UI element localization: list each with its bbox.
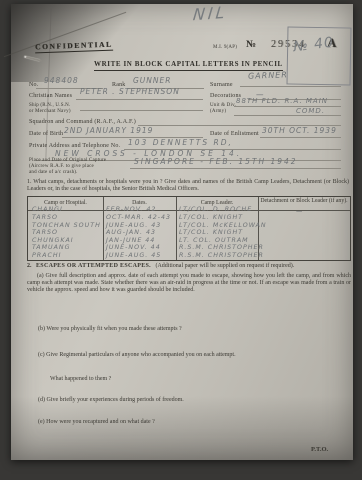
section2-heading-rest: (Additional paper will be supplied on re… <box>155 263 294 269</box>
cell-dates: FEB-NOV. 42 <box>106 206 156 213</box>
camps-table: Camp or Hospital. Dates. Camp Leader. De… <box>27 196 351 261</box>
cell-leader: R.S.M. CHRISTOPHER <box>179 244 264 251</box>
pto-note: P.T.O. <box>311 446 351 453</box>
field-unit-label-line1: Unit & Div. <box>210 103 236 108</box>
section2-item-d: (d) Give briefly your experiences during… <box>38 397 348 404</box>
field-christian-label: Christian Names <box>29 93 72 99</box>
cell-dates: JAN-JUNE 44 <box>106 237 155 244</box>
field-capture-line <box>130 168 341 169</box>
cell-dates: OCT-MAR. 42-43 <box>106 214 171 221</box>
cell-leader: R.S.M. CHRISTOPHER <box>179 252 264 259</box>
field-capture-label-line2: (Aircrew R.A.F. to give place <box>29 164 94 169</box>
cell-dates: JUNE-AUG. 43 <box>106 222 161 229</box>
table-header-detachment: Detachment or Block Leader (if any). <box>260 199 348 205</box>
field-rank-value: GUNNER <box>133 76 171 85</box>
field-unit-value-line1: 88TH FLD. R.A. MAIN <box>236 97 328 105</box>
section2-item-e: (e) How were you recaptured and on what … <box>38 419 348 426</box>
pow-liberation-questionnaire-photo: NIL CONFIDENTIAL M.I. 9(AP) № 29534 A № … <box>0 0 362 480</box>
cell-camp: CHUNGKAI <box>32 237 74 244</box>
nil-note: NIL <box>192 3 229 25</box>
field-capture-label-line3: and date of a/c crash). <box>29 170 78 175</box>
field-surname-label: Surname <box>210 82 233 88</box>
field-christian-value: PETER . STEPHENSON <box>80 87 180 96</box>
field-squadron-label: Squadron and Command (R.A.F., A.A.F.) <box>29 119 136 125</box>
cell-dates: AUG-JAN. 43 <box>106 229 156 236</box>
section2-item-b: (b) Were you physically fit when you mad… <box>38 326 348 333</box>
section2-item-c2: What happened to them ? <box>50 376 350 383</box>
field-capture-value: SINGAPORE - FEB. 15TH 1942 <box>134 157 298 166</box>
field-unit-line2 <box>234 115 341 116</box>
cell-leader: LT/COL. KNIGHT <box>179 229 243 236</box>
no-symbol: № <box>246 39 256 50</box>
penciled-number: № 40 <box>292 34 334 55</box>
section1-question: 1. What camps, detachments or hospitals … <box>27 179 349 193</box>
cell-leader: LT/COL. D. ROCHE <box>179 206 252 213</box>
field-dob-value: 2ND JANUARY 1919 <box>64 126 153 135</box>
section2-heading: 2. ESCAPES OR ATTEMPTED ESCAPES. (Additi… <box>27 263 351 270</box>
cell-dates: JUNE-AUG. 45 <box>106 252 161 259</box>
field-unit-label-line2: (Army) <box>210 109 226 114</box>
cell-camp: CHANGI <box>32 206 63 213</box>
form-reference: M.I. 9(AP) <box>213 45 237 50</box>
cell-camp: TONCHAN SOUTH <box>32 222 101 229</box>
section2-number: 2. <box>27 263 32 269</box>
cell-leader: LT/COL. McKELLOWAN <box>179 222 267 229</box>
field-ship-label-line2: or Merchant Navy) <box>29 109 71 114</box>
cell-camp: TARSO <box>32 214 58 221</box>
field-enlistment-value: 30TH OCT. 1939 <box>262 126 337 135</box>
cell-detachment: — <box>296 208 303 215</box>
field-surname-value: GARNER <box>248 70 288 80</box>
form-title: WRITE IN BLOCK CAPITAL LETTERS IN PENCIL <box>94 60 283 71</box>
cell-camp: TARSO <box>32 229 58 236</box>
section2-heading-bold: ESCAPES OR ATTEMPTED ESCAPES. <box>36 263 151 269</box>
cell-dates: JUNE-NOV. 44 <box>106 244 161 251</box>
cell-camp: PRACHI <box>32 252 61 259</box>
field-christian-line <box>76 99 203 100</box>
field-dob-label: Date of Birth <box>29 131 63 137</box>
field-address-value-line1: 103 DENNETTS RD, <box>128 138 233 147</box>
field-enlistment-line <box>260 137 341 138</box>
cell-leader: LT. COL. OUTRAM <box>179 237 249 244</box>
field-enlistment-label: Date of Enlistment <box>210 131 259 137</box>
field-capture-label-line1: Place and Date of Original Capture <box>29 158 106 163</box>
field-ship-line <box>80 110 203 111</box>
field-ship-label-line1: Ship (R.N., U.S.N. <box>29 103 70 108</box>
field-no-value: 948408 <box>44 76 79 85</box>
cell-leader: LT/COL. KNIGHT <box>179 214 243 221</box>
field-surname-line <box>240 86 341 87</box>
section2-item-a: (a) Give full description and approx. da… <box>27 273 351 295</box>
penciled-number-box: № 40 <box>286 26 351 85</box>
section2-item-c: (c) Give Regimental particulars of anyon… <box>38 352 348 359</box>
cell-camp: TAMUANG <box>32 244 71 251</box>
field-unit-value-line2: COMD. <box>296 107 325 115</box>
